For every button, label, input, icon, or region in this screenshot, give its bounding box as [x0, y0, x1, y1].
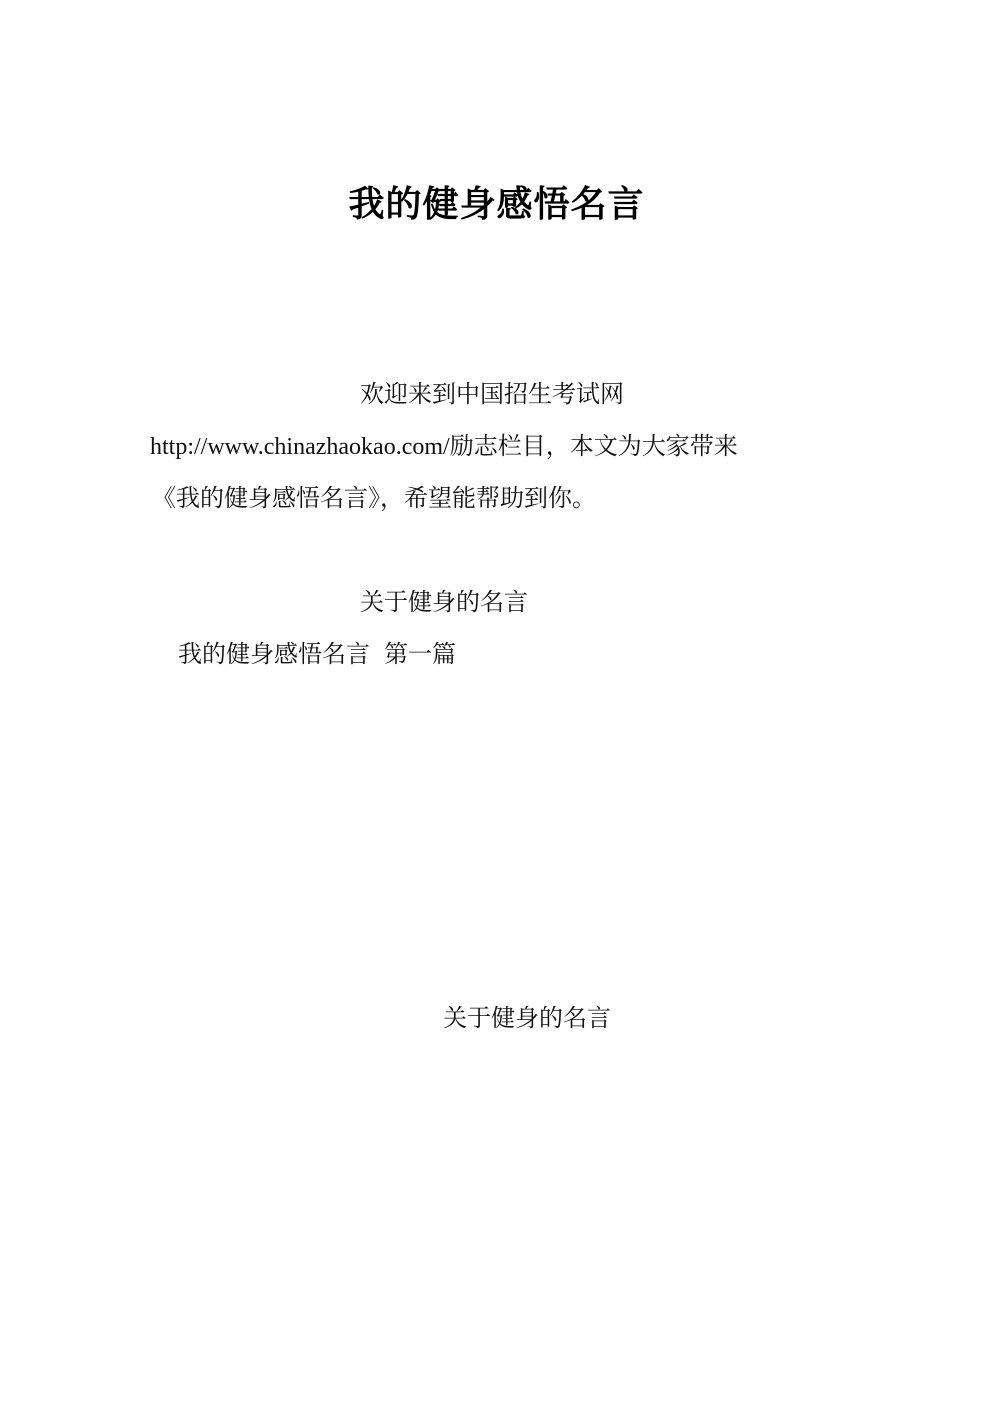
article-title: 我的健身感悟名言 [178, 640, 370, 668]
article-heading: 我的健身感悟名言第一篇 [178, 638, 456, 670]
intro-wish-text: 《我的健身感悟名言》，希望能帮助到你。 [152, 482, 596, 514]
site-url-link[interactable]: http://www.chinazhaokao.com/ [150, 434, 450, 460]
section-heading-1: 关于健身的名言 [360, 586, 528, 618]
document-title: 我的健身感悟名言 [0, 180, 993, 230]
section-heading-2: 关于健身的名言 [443, 1002, 611, 1034]
intro-url-line: http://www.chinazhaokao.com/励志栏目，本文为大家带来 [150, 430, 738, 463]
intro-column-text: 励志栏目，本文为大家带来 [450, 432, 738, 460]
article-part-label: 第一篇 [384, 640, 456, 668]
document-page: 我的健身感悟名言 欢迎来到中国招生考试网 http://www.chinazha… [0, 0, 993, 1404]
intro-welcome-text: 欢迎来到中国招生考试网 [360, 378, 624, 410]
